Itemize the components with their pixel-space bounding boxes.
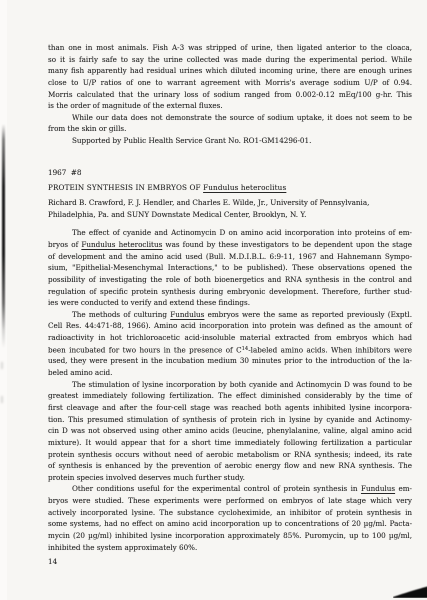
text-segment: ies were conducted to verify and extend …	[48, 298, 250, 307]
text-line: 1967 #8	[48, 167, 412, 179]
entry-number: 1967 #8	[48, 167, 412, 179]
text-line: of development and the amino acid used (…	[48, 251, 412, 263]
text-line: Philadelphia, Pa. and SUNY Downstate Med…	[48, 209, 412, 221]
text-segment: Cell Res. 44:471-88, 1966). Amino acid i…	[48, 321, 412, 330]
text-segment: so it is fairly safe to say the urine co…	[48, 55, 412, 64]
text-line: bryos of Fundulus heteroclitus was found…	[48, 239, 412, 251]
text-line: of synthesis is enhanced by the preventi…	[48, 460, 412, 472]
underlined-text: Fundulus	[170, 310, 204, 319]
scan-artifact-left-edge	[2, 124, 5, 348]
text-line: ies were conducted to verify and extend …	[48, 297, 412, 309]
text-line: Richard B. Crawford, F. J. Hendler, and …	[48, 197, 412, 209]
text-segment: beled amino acid.	[48, 368, 112, 377]
text-segment: was found by these investigators to be d…	[162, 240, 412, 249]
entry-title: PROTEIN SYNTHESIS IN EMBRYOS OF Fundulus…	[48, 182, 412, 194]
text-line: first cleavage and after the four-cell s…	[48, 402, 412, 414]
text-line: possibility of investigating the role of…	[48, 274, 412, 286]
support-note: Supported by Public Health Service Grant…	[48, 135, 412, 147]
text-segment: sium, "Epithelial-Mesenchymal Interactio…	[48, 263, 412, 272]
text-line: actively incorporated lysine. The substa…	[48, 507, 412, 519]
scan-speck	[1, 362, 3, 369]
text-line: Supported by Public Health Service Grant…	[48, 135, 412, 147]
text-line: radioactivity in hot trichloroacetic aci…	[48, 332, 412, 344]
text-segment: from the skin or gills.	[48, 124, 126, 133]
underlined-text: Fundulus	[361, 484, 395, 493]
text-line: PROTEIN SYNTHESIS IN EMBRYOS OF Fundulus…	[48, 182, 412, 194]
text-segment: Supported by Public Health Service Grant…	[72, 136, 311, 145]
text-line: The effect of cyanide and Actinomycin D …	[48, 227, 412, 239]
text-line: from the skin or gills.	[48, 123, 412, 135]
text-line: regulation of specific protein synthesis…	[48, 286, 412, 298]
spacer	[48, 220, 412, 227]
text-line: is the order of magnitude of the externa…	[48, 100, 412, 112]
text-line: protein species involved deserves much f…	[48, 472, 412, 484]
text-line: close to U/P ratios of one to warrant ag…	[48, 77, 412, 89]
text-segment: em-	[395, 484, 412, 493]
text-line: greatest immediately following fertiliza…	[48, 390, 412, 402]
text-line: sium, "Epithelial-Mesenchymal Interactio…	[48, 262, 412, 274]
text-line: used, they were present in the incubatio…	[48, 355, 412, 367]
text-segment: first cleavage and after the four-cell s…	[48, 403, 412, 412]
text-line: cin D was not observed using other amino…	[48, 425, 412, 437]
text-segment: of synthesis is enhanced by the preventi…	[48, 461, 412, 470]
text-segment: tion. This presumed stimulation of synth…	[48, 415, 412, 424]
text-line: tion. This presumed stimulation of synth…	[48, 414, 412, 426]
text-segment: bryos were studied. These experiments we…	[48, 496, 412, 505]
text-segment: radioactivity in hot trichloroacetic aci…	[48, 333, 412, 342]
text-segment: The methods of culturing	[72, 310, 170, 319]
text-line: The methods of culturing Fundulus embryo…	[48, 309, 412, 321]
text-segment: is the order of magnitude of the externa…	[48, 101, 223, 110]
scan-speck	[1, 396, 3, 403]
text-segment: Other conditions useful for the experime…	[72, 484, 361, 493]
text-line: inhibited the system approximately 60%.	[48, 542, 412, 554]
body-paragraph-4: Other conditions useful for the experime…	[48, 483, 412, 553]
text-line: While our data does not demonstrate the …	[48, 112, 412, 124]
text-segment: protein species involved deserves much f…	[48, 473, 245, 482]
text-segment: used, they were present in the incubatio…	[48, 356, 412, 365]
text-segment: The stimulation of lysine incorporation …	[72, 380, 412, 389]
text-segment: 14	[48, 557, 57, 566]
text-line: Cell Res. 44:471-88, 1966). Amino acid i…	[48, 320, 412, 332]
text-line: Other conditions useful for the experime…	[48, 483, 412, 495]
text-segment: close to U/P ratios of one to warrant ag…	[48, 78, 412, 87]
conclusion-paragraph: While our data does not demonstrate the …	[48, 112, 412, 135]
text-segment: mycin (20 µg/ml) inhibited lysine incorp…	[48, 531, 412, 540]
text-segment: Philadelphia, Pa. and SUNY Downstate Med…	[48, 210, 306, 219]
text-segment: bryos of	[48, 240, 81, 249]
scanned-page: than one in most animals. Fish A-3 was s…	[0, 0, 427, 600]
text-segment: greatest immediately following fertiliza…	[48, 391, 412, 400]
text-line: protein synthesis occurs without need of…	[48, 449, 412, 461]
text-segment: actively incorporated lysine. The substa…	[48, 508, 412, 517]
text-line: been incubated for two hours in the pres…	[48, 344, 412, 356]
text-line: beled amino acid.	[48, 367, 412, 379]
continuation-paragraph: than one in most animals. Fish A-3 was s…	[48, 42, 412, 112]
spacer	[48, 147, 412, 167]
underlined-text: Fundulus heteroclitus	[203, 183, 286, 192]
text-line: Morris calculated that the urinary loss …	[48, 89, 412, 101]
text-line: so it is fairly safe to say the urine co…	[48, 54, 412, 66]
text-segment: embryos were the same as reported previo…	[204, 310, 412, 319]
text-segment: some systems, had no effect on amino aci…	[48, 519, 412, 528]
text-segment: The effect of cyanide and Actinomycin D …	[72, 228, 412, 237]
text-line: some systems, had no effect on amino aci…	[48, 518, 412, 530]
scan-artifact-corner-wedge	[393, 584, 427, 598]
text-line: bryos were studied. These experiments we…	[48, 495, 412, 507]
text-line: many fish apparently had residual urines…	[48, 65, 412, 77]
text-segment: than one in most animals. Fish A-3 was s…	[48, 43, 412, 52]
text-column: than one in most animals. Fish A-3 was s…	[48, 42, 412, 568]
text-segment: cin D was not observed using other amino…	[48, 426, 412, 435]
text-line: mixture). It would appear that for a sho…	[48, 437, 412, 449]
text-segment: PROTEIN SYNTHESIS IN EMBRYOS OF	[48, 183, 203, 192]
authors: Richard B. Crawford, F. J. Hendler, and …	[48, 197, 412, 220]
text-segment: protein synthesis occurs without need of…	[48, 450, 412, 459]
text-segment: of development and the amino acid used (…	[48, 252, 412, 261]
text-segment: -labeled amino acids. When inhibitors we…	[248, 345, 412, 354]
text-segment: possibility of investigating the role of…	[48, 275, 412, 284]
text-segment: While our data does not demonstrate the …	[72, 113, 412, 122]
text-line: The stimulation of lysine incorporation …	[48, 379, 412, 391]
text-segment: inhibited the system approximately 60%.	[48, 543, 197, 552]
text-segment: many fish apparently had residual urines…	[48, 66, 412, 75]
text-line: than one in most animals. Fish A-3 was s…	[48, 42, 412, 54]
text-segment: 1967 #8	[48, 168, 81, 177]
text-segment: mixture). It would appear that for a sho…	[48, 438, 412, 447]
body-paragraph-3: The stimulation of lysine incorporation …	[48, 379, 412, 484]
page-number: 14	[48, 556, 412, 568]
text-line: mycin (20 µg/ml) inhibited lysine incorp…	[48, 530, 412, 542]
body-paragraph-2: The methods of culturing Fundulus embryo…	[48, 309, 412, 379]
text-segment: Richard B. Crawford, F. J. Hendler, and …	[48, 198, 369, 207]
body-paragraph-1: The effect of cyanide and Actinomycin D …	[48, 227, 412, 308]
text-segment: regulation of specific protein synthesis…	[48, 287, 412, 296]
underlined-text: Fundulus heteroclitus	[81, 240, 162, 249]
text-segment: Morris calculated that the urinary loss …	[48, 90, 412, 99]
text-segment: been incubated for two hours in the pres…	[48, 345, 242, 354]
text-line: 14	[48, 556, 412, 568]
